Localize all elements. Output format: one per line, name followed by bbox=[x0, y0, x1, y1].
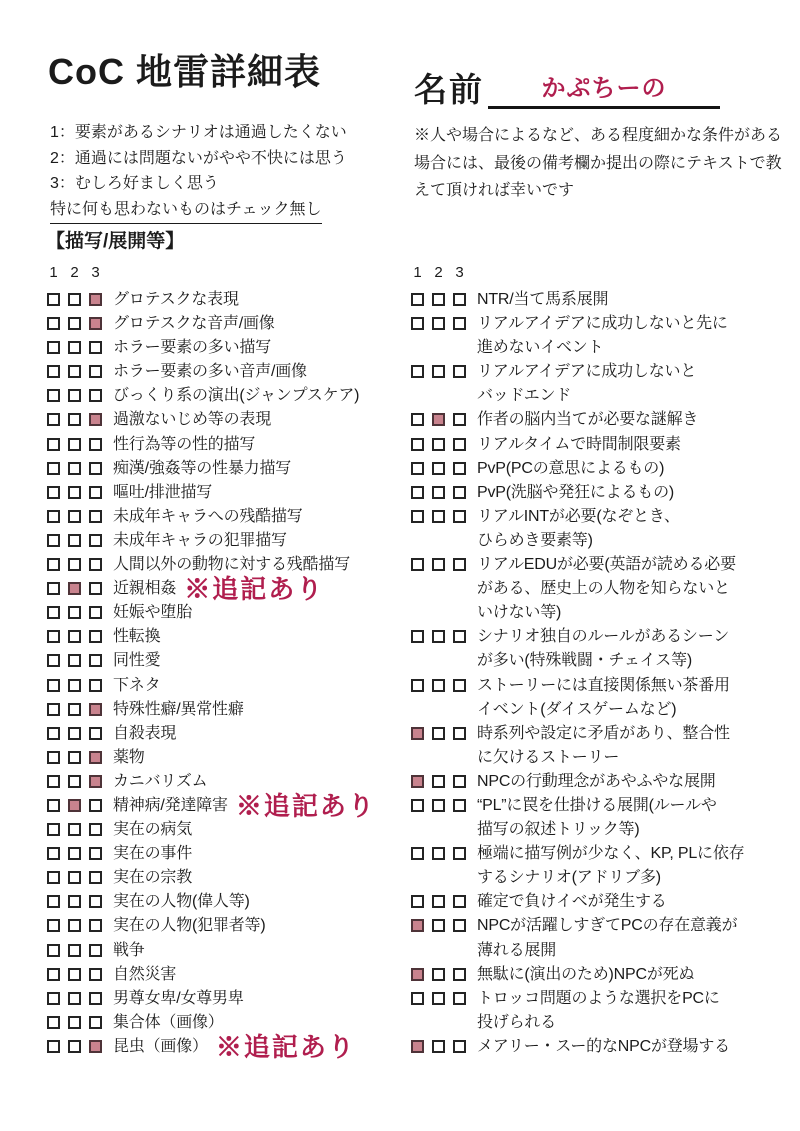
checklist-column-right: 1 2 3 NTR/当て馬系展開リアルアイデアに成功しないと先に 進めないイベン… bbox=[411, 264, 797, 1059]
checkbox-group bbox=[411, 770, 474, 788]
checklist-row: グロテスクな音声/画像 bbox=[47, 312, 397, 336]
checkbox-level-2[interactable] bbox=[68, 1016, 81, 1029]
checkbox-level-1[interactable] bbox=[47, 438, 60, 451]
checkbox-level-3[interactable] bbox=[89, 992, 102, 1005]
checklist-row: 嘔吐/排泄描写 bbox=[47, 481, 397, 505]
checkbox-level-2[interactable] bbox=[432, 727, 445, 740]
checkbox-level-2[interactable] bbox=[68, 992, 81, 1005]
checkbox-group bbox=[47, 722, 110, 740]
checkbox-level-1[interactable] bbox=[47, 582, 60, 595]
checkbox-level-1[interactable] bbox=[411, 293, 424, 306]
checklist-row: シナリオ独自のルールがあるシーン が多い(特殊戦闘・チェイス等) bbox=[411, 625, 797, 673]
checkbox-level-3-checked[interactable] bbox=[89, 317, 102, 330]
checkbox-level-1[interactable] bbox=[411, 847, 424, 860]
item-label: 確定で負けイベが発生する bbox=[477, 890, 667, 914]
checkbox-group bbox=[47, 577, 110, 595]
checkbox-group bbox=[47, 987, 110, 1005]
checkbox-group bbox=[47, 433, 110, 451]
checkbox-level-1[interactable] bbox=[47, 630, 60, 643]
checkbox-level-1[interactable] bbox=[411, 992, 424, 1005]
checkbox-level-1[interactable] bbox=[47, 895, 60, 908]
checkbox-level-3[interactable] bbox=[453, 293, 466, 306]
checkbox-group bbox=[411, 288, 474, 306]
checkbox-group bbox=[411, 433, 474, 451]
checkbox-level-1[interactable] bbox=[411, 438, 424, 451]
checkbox-level-1[interactable] bbox=[47, 775, 60, 788]
checkbox-level-1[interactable] bbox=[47, 389, 60, 402]
checkbox-level-3[interactable] bbox=[89, 679, 102, 692]
scale-label-1: 1 bbox=[411, 264, 424, 282]
item-label: 未成年キャラへの残酷描写 bbox=[113, 505, 303, 529]
checkbox-level-3[interactable] bbox=[453, 895, 466, 908]
checkbox-group bbox=[47, 770, 110, 788]
checkbox-group bbox=[411, 914, 474, 932]
item-label: PvP(洗脳や発狂によるもの) bbox=[477, 481, 674, 505]
checkbox-level-1[interactable] bbox=[47, 558, 60, 571]
checkbox-level-1[interactable] bbox=[411, 679, 424, 692]
annotation-note: ※追記あり bbox=[184, 577, 324, 601]
checklist-row: 昆虫（画像）※追記あり bbox=[47, 1035, 397, 1059]
checklist-row: 時系列や設定に矛盾があり、整合性 に欠けるストーリー bbox=[411, 722, 797, 770]
item-label: リアルタイムで時間制限要素 bbox=[477, 433, 681, 457]
item-label: ホラー要素の多い描写 bbox=[113, 336, 271, 360]
legend-line-3: 3：むしろ好ましく思う bbox=[50, 171, 347, 197]
checkbox-group bbox=[411, 722, 474, 740]
checkbox-group bbox=[47, 312, 110, 330]
checklist-row: 未成年キャラの犯罪描写 bbox=[47, 529, 397, 553]
checkbox-group bbox=[411, 987, 474, 1005]
checkbox-group bbox=[411, 890, 474, 908]
item-label: 同性愛 bbox=[113, 649, 160, 673]
checklist-row: NPCの行動理念があやふやな展開 bbox=[411, 770, 797, 794]
checkbox-group bbox=[47, 649, 110, 667]
checkbox-level-3[interactable] bbox=[89, 558, 102, 571]
checkbox-level-2[interactable] bbox=[68, 944, 81, 957]
checklist-row: 未成年キャラへの残酷描写 bbox=[47, 505, 397, 529]
checkbox-group bbox=[47, 842, 110, 860]
checkbox-group bbox=[47, 939, 110, 957]
checkbox-level-2[interactable] bbox=[68, 847, 81, 860]
checkbox-level-3[interactable] bbox=[453, 727, 466, 740]
checkbox-level-2[interactable] bbox=[432, 293, 445, 306]
checkbox-level-3[interactable] bbox=[89, 919, 102, 932]
scale-label-2: 2 bbox=[68, 264, 81, 282]
checkbox-level-1[interactable] bbox=[47, 799, 60, 812]
checkbox-level-2-checked[interactable] bbox=[68, 582, 81, 595]
checkbox-level-2-checked[interactable] bbox=[432, 413, 445, 426]
checkbox-level-1[interactable] bbox=[47, 968, 60, 981]
checkbox-level-3[interactable] bbox=[89, 968, 102, 981]
checkbox-group bbox=[47, 360, 110, 378]
checkbox-level-3-checked[interactable] bbox=[89, 775, 102, 788]
checkbox-level-3[interactable] bbox=[89, 727, 102, 740]
checkbox-level-3-checked[interactable] bbox=[89, 413, 102, 426]
checkbox-level-1-checked[interactable] bbox=[411, 919, 424, 932]
item-label: びっくり系の演出(ジャンプスケア) bbox=[113, 384, 359, 408]
checkbox-group bbox=[47, 914, 110, 932]
annotation-note: ※追記あり bbox=[216, 1035, 356, 1059]
checkbox-level-2[interactable] bbox=[68, 462, 81, 475]
checkbox-level-3[interactable] bbox=[453, 630, 466, 643]
checkbox-group bbox=[411, 505, 474, 523]
checkbox-level-2[interactable] bbox=[68, 751, 81, 764]
item-label: NPCが活躍しすぎてPCの存在意義が 薄れる展開 bbox=[477, 914, 737, 962]
checklist-row: 性転換 bbox=[47, 625, 397, 649]
checkbox-group bbox=[411, 553, 474, 571]
checkbox-level-1[interactable] bbox=[47, 1040, 60, 1053]
checkbox-group bbox=[47, 529, 110, 547]
item-label: 過激ないじめ等の表現 bbox=[113, 408, 271, 432]
checkbox-group bbox=[411, 674, 474, 692]
name-field: 名前 かぷちーの bbox=[414, 68, 720, 109]
checkbox-level-3[interactable] bbox=[89, 486, 102, 499]
checkbox-level-2[interactable] bbox=[432, 317, 445, 330]
checklist-row: 実在の事件 bbox=[47, 842, 397, 866]
checkbox-level-3[interactable] bbox=[453, 486, 466, 499]
item-label: カニバリズム bbox=[113, 770, 207, 794]
checkbox-level-2[interactable] bbox=[68, 534, 81, 547]
legend-footer: 特に何も思わないものはチェック無し bbox=[50, 197, 322, 225]
checkbox-level-1[interactable] bbox=[47, 1016, 60, 1029]
item-label: 実在の病気 bbox=[113, 818, 192, 842]
checkbox-level-2[interactable] bbox=[432, 365, 445, 378]
checkbox-level-3[interactable] bbox=[453, 365, 466, 378]
checkbox-level-3[interactable] bbox=[89, 1016, 102, 1029]
checkbox-level-3[interactable] bbox=[89, 847, 102, 860]
item-label: 下ネタ bbox=[113, 674, 160, 698]
item-label: グロテスクな表現 bbox=[113, 288, 239, 312]
checkbox-level-3[interactable] bbox=[89, 582, 102, 595]
checkbox-level-2[interactable] bbox=[68, 317, 81, 330]
checkbox-level-1[interactable] bbox=[47, 606, 60, 619]
checkbox-level-2[interactable] bbox=[432, 992, 445, 1005]
checkbox-group bbox=[47, 890, 110, 908]
checkbox-level-1[interactable] bbox=[47, 751, 60, 764]
rating-legend: 1：要素があるシナリオは通過したくない 2：通過には問題ないがやや不快には思う … bbox=[50, 120, 347, 224]
checkbox-level-2[interactable] bbox=[432, 847, 445, 860]
scale-label-1: 1 bbox=[47, 264, 60, 282]
checkbox-level-2[interactable] bbox=[68, 727, 81, 740]
item-label: 作者の脳内当てが必要な謎解き bbox=[477, 408, 698, 432]
checklist-row: 特殊性癖/異常性癖 bbox=[47, 698, 397, 722]
item-label: PvP(PCの意思によるもの) bbox=[477, 457, 664, 481]
checkbox-level-3[interactable] bbox=[89, 389, 102, 402]
coc-trigger-sheet: CoC 地雷詳細表 1：要素があるシナリオは通過したくない 2：通過には問題ない… bbox=[0, 0, 800, 1131]
checkbox-level-1[interactable] bbox=[47, 654, 60, 667]
checkbox-level-2[interactable] bbox=[68, 341, 81, 354]
checkbox-level-1[interactable] bbox=[47, 944, 60, 957]
checkbox-level-2[interactable] bbox=[68, 679, 81, 692]
checkbox-level-2[interactable] bbox=[432, 919, 445, 932]
checkbox-level-3-checked[interactable] bbox=[89, 751, 102, 764]
checkbox-level-2[interactable] bbox=[68, 895, 81, 908]
checkbox-group bbox=[411, 1035, 474, 1053]
checkbox-level-2[interactable] bbox=[432, 968, 445, 981]
checkbox-level-2[interactable] bbox=[432, 1040, 445, 1053]
checklist-row: トロッコ問題のような選択をPCに 投げられる bbox=[411, 987, 797, 1035]
checkbox-level-3[interactable] bbox=[89, 341, 102, 354]
checklist-row: 性行為等の性的描写 bbox=[47, 433, 397, 457]
checkbox-level-3[interactable] bbox=[89, 799, 102, 812]
checkbox-level-1[interactable] bbox=[47, 534, 60, 547]
checkbox-level-1[interactable] bbox=[47, 703, 60, 716]
checklist-column-left: 1 2 3 グロテスクな表現グロテスクな音声/画像ホラー要素の多い描写ホラー要素… bbox=[47, 264, 397, 1059]
checkbox-level-1[interactable] bbox=[47, 341, 60, 354]
item-label: 無駄に(演出のため)NPCが死ぬ bbox=[477, 963, 694, 987]
checkbox-level-1[interactable] bbox=[47, 413, 60, 426]
checkbox-level-2[interactable] bbox=[432, 462, 445, 475]
checkbox-level-3[interactable] bbox=[89, 606, 102, 619]
checkbox-level-3[interactable] bbox=[453, 679, 466, 692]
checklist-row: 作者の脳内当てが必要な謎解き bbox=[411, 408, 797, 432]
checkbox-level-3[interactable] bbox=[89, 871, 102, 884]
checkbox-level-3-checked[interactable] bbox=[89, 293, 102, 306]
item-label: 集合体（画像） bbox=[113, 1011, 224, 1035]
item-label: 実在の人物(偉人等) bbox=[113, 890, 250, 914]
checklist-row: リアルアイデアに成功しないと先に 進めないイベント bbox=[411, 312, 797, 360]
checkbox-level-3[interactable] bbox=[453, 317, 466, 330]
checkbox-level-3[interactable] bbox=[453, 847, 466, 860]
checkbox-group bbox=[47, 1011, 110, 1029]
checkbox-level-1[interactable] bbox=[411, 486, 424, 499]
scale-header-right: 1 2 3 bbox=[411, 264, 797, 282]
checkbox-group bbox=[47, 457, 110, 475]
checkbox-level-1[interactable] bbox=[47, 365, 60, 378]
item-label: 妊娠や堕胎 bbox=[113, 601, 192, 625]
checkbox-group bbox=[411, 794, 474, 812]
checklist-row: 実在の宗教 bbox=[47, 866, 397, 890]
item-label: 実在の人物(犯罪者等) bbox=[113, 914, 265, 938]
item-label: 時系列や設定に矛盾があり、整合性 に欠けるストーリー bbox=[477, 722, 730, 770]
checklist-row: ホラー要素の多い描写 bbox=[47, 336, 397, 360]
checkbox-level-2[interactable] bbox=[432, 679, 445, 692]
checkbox-level-3[interactable] bbox=[453, 558, 466, 571]
checkbox-level-2[interactable] bbox=[432, 510, 445, 523]
checkbox-group bbox=[411, 842, 474, 860]
checkbox-level-1[interactable] bbox=[47, 679, 60, 692]
checkbox-level-3[interactable] bbox=[89, 630, 102, 643]
checkbox-level-3[interactable] bbox=[453, 413, 466, 426]
checkbox-group bbox=[411, 408, 474, 426]
checkbox-level-1[interactable] bbox=[411, 413, 424, 426]
checkbox-level-2[interactable] bbox=[68, 293, 81, 306]
scale-label-2: 2 bbox=[432, 264, 445, 282]
checkbox-level-2[interactable] bbox=[68, 486, 81, 499]
checkbox-level-1-checked[interactable] bbox=[411, 775, 424, 788]
item-label: 男尊女卑/女尊男卑 bbox=[113, 987, 244, 1011]
checkbox-level-1[interactable] bbox=[47, 727, 60, 740]
checklist-row: 男尊女卑/女尊男卑 bbox=[47, 987, 397, 1011]
checkbox-level-2[interactable] bbox=[68, 654, 81, 667]
item-label: 特殊性癖/異常性癖 bbox=[113, 698, 244, 722]
checklist-row: 実在の人物(偉人等) bbox=[47, 890, 397, 914]
checkbox-level-1[interactable] bbox=[47, 486, 60, 499]
checkbox-level-3[interactable] bbox=[89, 510, 102, 523]
checkbox-group bbox=[47, 794, 110, 812]
item-label: ホラー要素の多い音声/画像 bbox=[113, 360, 307, 384]
checkbox-level-2[interactable] bbox=[432, 775, 445, 788]
item-label: 近親相姦 bbox=[113, 577, 176, 601]
page-title: CoC 地雷詳細表 bbox=[48, 44, 321, 95]
checkbox-level-2-checked[interactable] bbox=[68, 799, 81, 812]
checkbox-level-3[interactable] bbox=[89, 462, 102, 475]
checkbox-level-3[interactable] bbox=[89, 438, 102, 451]
checkbox-level-2[interactable] bbox=[68, 413, 81, 426]
checkbox-level-2[interactable] bbox=[432, 486, 445, 499]
checkbox-level-1[interactable] bbox=[411, 558, 424, 571]
item-label: グロテスクな音声/画像 bbox=[113, 312, 275, 336]
checklist-row: リアルINTが必要(なぞとき、 ひらめき要素等) bbox=[411, 505, 797, 553]
checkbox-level-1[interactable] bbox=[411, 799, 424, 812]
checkbox-level-3-checked[interactable] bbox=[89, 1040, 102, 1053]
checkbox-level-2[interactable] bbox=[432, 799, 445, 812]
checkbox-group bbox=[411, 360, 474, 378]
checkbox-level-2[interactable] bbox=[68, 775, 81, 788]
checkbox-level-3[interactable] bbox=[453, 919, 466, 932]
checkbox-level-2[interactable] bbox=[68, 365, 81, 378]
item-label: シナリオ独自のルールがあるシーン が多い(特殊戦闘・チェイス等) bbox=[477, 625, 729, 673]
checklist-row: グロテスクな表現 bbox=[47, 288, 397, 312]
checkbox-level-2[interactable] bbox=[68, 606, 81, 619]
checkbox-level-2[interactable] bbox=[68, 968, 81, 981]
item-label: リアルアイデアに成功しないと バッドエンド bbox=[477, 360, 696, 408]
checkbox-level-3[interactable] bbox=[453, 992, 466, 1005]
checkbox-group bbox=[47, 408, 110, 426]
checkbox-level-1[interactable] bbox=[47, 992, 60, 1005]
checkbox-level-2[interactable] bbox=[68, 389, 81, 402]
scale-header-left: 1 2 3 bbox=[47, 264, 397, 282]
checklist-row: 同性愛 bbox=[47, 649, 397, 673]
checkbox-group bbox=[411, 625, 474, 643]
checklist-row: PvP(PCの意思によるもの) bbox=[411, 457, 797, 481]
checkbox-level-1[interactable] bbox=[411, 462, 424, 475]
checkbox-level-1[interactable] bbox=[411, 317, 424, 330]
checklist-rows-right: NTR/当て馬系展開リアルアイデアに成功しないと先に 進めないイベントリアルアイ… bbox=[411, 288, 797, 1059]
checkbox-level-1-checked[interactable] bbox=[411, 968, 424, 981]
checkbox-level-3[interactable] bbox=[453, 462, 466, 475]
checkbox-level-3[interactable] bbox=[89, 823, 102, 836]
checklist-row: 自殺表現 bbox=[47, 722, 397, 746]
checkbox-level-2[interactable] bbox=[68, 1040, 81, 1053]
checkbox-level-1[interactable] bbox=[47, 919, 60, 932]
checkbox-level-3[interactable] bbox=[89, 534, 102, 547]
checkbox-level-3-checked[interactable] bbox=[89, 703, 102, 716]
checkbox-level-2[interactable] bbox=[68, 871, 81, 884]
checkbox-level-1-checked[interactable] bbox=[411, 1040, 424, 1053]
checklist-row: PvP(洗脳や発狂によるもの) bbox=[411, 481, 797, 505]
item-label: 未成年キャラの犯罪描写 bbox=[113, 529, 287, 553]
checkbox-level-1[interactable] bbox=[47, 871, 60, 884]
item-label: リアルEDUが必要(英語が読める必要 がある、歴史上の人物を知らないと いけない… bbox=[477, 553, 736, 625]
item-label: 性転換 bbox=[113, 625, 160, 649]
checkbox-level-3[interactable] bbox=[89, 944, 102, 957]
checkbox-level-2[interactable] bbox=[68, 703, 81, 716]
checkbox-level-2[interactable] bbox=[432, 630, 445, 643]
checkbox-group bbox=[47, 625, 110, 643]
checkbox-level-1[interactable] bbox=[47, 462, 60, 475]
checklist-row: 実在の人物(犯罪者等) bbox=[47, 914, 397, 938]
checklist-row: NPCが活躍しすぎてPCの存在意義が 薄れる展開 bbox=[411, 914, 797, 962]
checkbox-level-2[interactable] bbox=[432, 438, 445, 451]
legend-line-1: 1：要素があるシナリオは通過したくない bbox=[50, 120, 347, 146]
checkbox-level-3[interactable] bbox=[453, 1040, 466, 1053]
checkbox-level-3[interactable] bbox=[453, 968, 466, 981]
checkbox-level-2[interactable] bbox=[68, 823, 81, 836]
scale-label-3: 3 bbox=[89, 264, 102, 282]
checkbox-level-1-checked[interactable] bbox=[411, 727, 424, 740]
checklist-row: 確定で負けイベが発生する bbox=[411, 890, 797, 914]
checkbox-level-1[interactable] bbox=[411, 365, 424, 378]
item-label: 痴漢/強姦等の性暴力描写 bbox=[113, 457, 291, 481]
item-label: トロッコ問題のような選択をPCに 投げられる bbox=[477, 987, 720, 1035]
checkbox-level-1[interactable] bbox=[47, 510, 60, 523]
checklist-row: ストーリーには直接関係無い茶番用 イベント(ダイスゲームなど) bbox=[411, 674, 797, 722]
checkbox-level-1[interactable] bbox=[47, 847, 60, 860]
checkbox-group bbox=[47, 963, 110, 981]
item-label: ストーリーには直接関係無い茶番用 イベント(ダイスゲームなど) bbox=[477, 674, 730, 722]
checkbox-level-3[interactable] bbox=[453, 775, 466, 788]
checkbox-level-3[interactable] bbox=[453, 438, 466, 451]
checkbox-level-1[interactable] bbox=[411, 895, 424, 908]
annotation-note: ※追記あり bbox=[236, 794, 376, 818]
item-label: 自然災害 bbox=[113, 963, 176, 987]
checkbox-group bbox=[47, 601, 110, 619]
checkbox-level-1[interactable] bbox=[411, 630, 424, 643]
checklist-row: びっくり系の演出(ジャンプスケア) bbox=[47, 384, 397, 408]
item-label: “PL”に罠を仕掛ける展開(ルールや 描写の叙述トリック等) bbox=[477, 794, 717, 842]
checkbox-level-2[interactable] bbox=[432, 558, 445, 571]
checkbox-level-3[interactable] bbox=[89, 654, 102, 667]
checkbox-group bbox=[47, 818, 110, 836]
item-label: 嘔吐/排泄描写 bbox=[113, 481, 212, 505]
checkbox-level-3[interactable] bbox=[453, 799, 466, 812]
checkbox-level-2[interactable] bbox=[68, 438, 81, 451]
name-input[interactable]: かぷちーの bbox=[488, 68, 720, 109]
checkbox-level-2[interactable] bbox=[68, 510, 81, 523]
checklist-row: 過激ないじめ等の表現 bbox=[47, 408, 397, 432]
item-label: 性行為等の性的描写 bbox=[113, 433, 255, 457]
checkbox-level-1[interactable] bbox=[47, 317, 60, 330]
item-label: 実在の事件 bbox=[113, 842, 192, 866]
checklist-row: 痴漢/強姦等の性暴力描写 bbox=[47, 457, 397, 481]
checkbox-group bbox=[47, 553, 110, 571]
checkbox-level-2[interactable] bbox=[68, 630, 81, 643]
checkbox-level-2[interactable] bbox=[68, 919, 81, 932]
checklist-row: 妊娠や堕胎 bbox=[47, 601, 397, 625]
checkbox-level-3[interactable] bbox=[453, 510, 466, 523]
checkbox-group bbox=[411, 481, 474, 499]
checklist-row: 精神病/発達障害※追記あり bbox=[47, 794, 397, 818]
checklist-row: ホラー要素の多い音声/画像 bbox=[47, 360, 397, 384]
checkbox-level-1[interactable] bbox=[411, 510, 424, 523]
checkbox-level-1[interactable] bbox=[47, 823, 60, 836]
checkbox-group bbox=[47, 674, 110, 692]
item-label: 実在の宗教 bbox=[113, 866, 192, 890]
checkbox-group bbox=[47, 866, 110, 884]
checkbox-level-1[interactable] bbox=[47, 293, 60, 306]
checkbox-group bbox=[47, 384, 110, 402]
checkbox-level-3[interactable] bbox=[89, 895, 102, 908]
checklist-row: リアルアイデアに成功しないと バッドエンド bbox=[411, 360, 797, 408]
item-label: 戦争 bbox=[113, 939, 145, 963]
checkbox-group bbox=[47, 1035, 110, 1053]
checkbox-group bbox=[411, 457, 474, 475]
checkbox-level-2[interactable] bbox=[432, 895, 445, 908]
item-label: NPCの行動理念があやふやな展開 bbox=[477, 770, 716, 794]
checklist-row: 薬物 bbox=[47, 746, 397, 770]
checkbox-level-3[interactable] bbox=[89, 365, 102, 378]
checkbox-level-2[interactable] bbox=[68, 558, 81, 571]
